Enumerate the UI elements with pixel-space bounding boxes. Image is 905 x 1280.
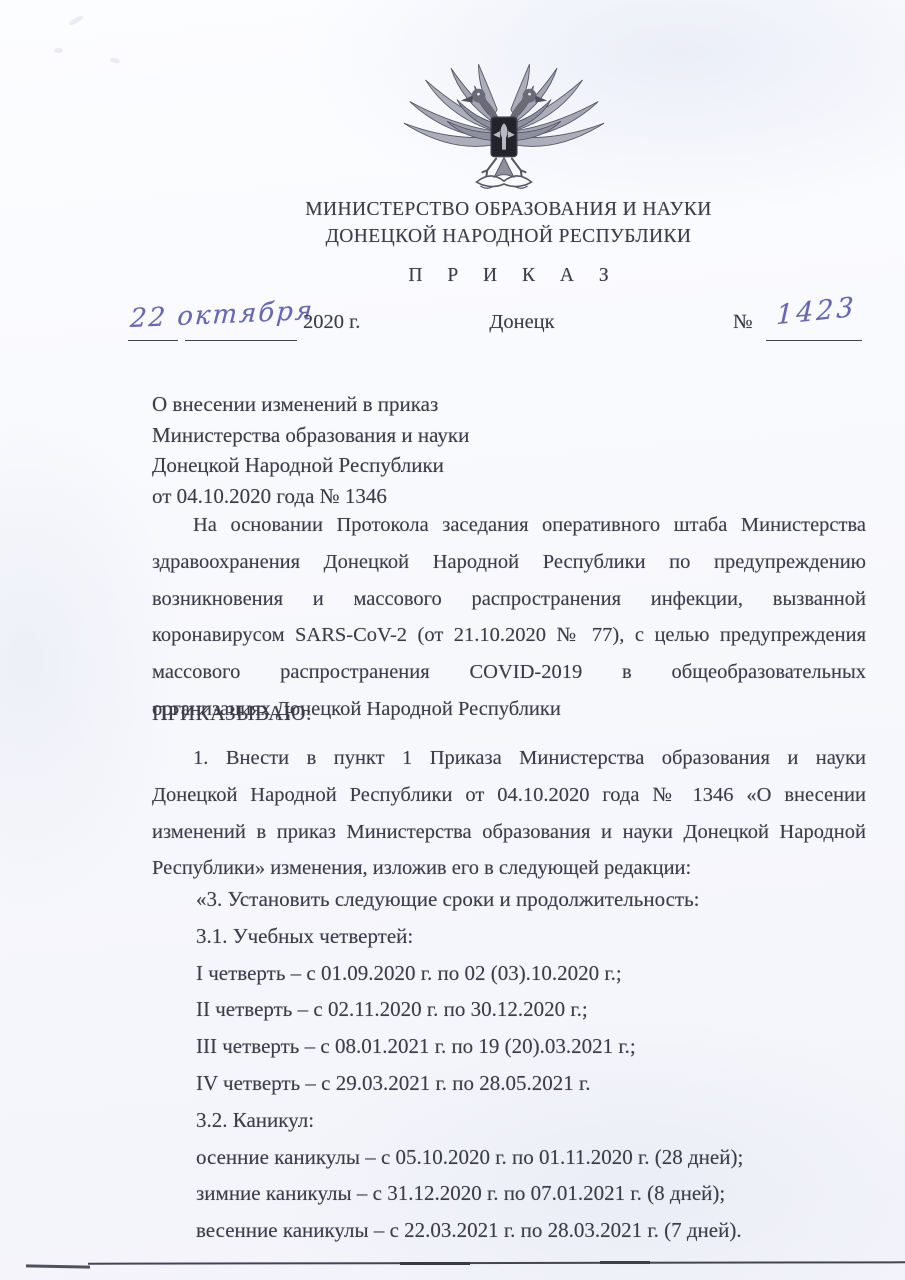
handwritten-date: 22 октября	[129, 296, 315, 334]
handwritten-number: 1423	[776, 292, 857, 332]
document-type-heading: П Р И К А З	[162, 265, 865, 287]
date-underline	[185, 340, 297, 341]
schedule-line: I четверть – с 01.09.2020 г. по 02 (03).…	[196, 955, 743, 992]
number-underline	[766, 340, 862, 341]
preamble-line: здравоохранения Донецкой Народной Респуб…	[152, 544, 866, 581]
scan-smudge	[54, 48, 63, 53]
schedule-line: II четверть – с 02.11.2020 г. по 30.12.2…	[196, 991, 743, 1028]
dnr-coat-of-arms-icon	[396, 62, 612, 200]
item1-line: 1. Внести в пункт 1 Приказа Министерства…	[152, 740, 866, 777]
preamble-line: На основании Протокола заседания операти…	[152, 507, 866, 544]
preamble-line: массового распространения COVID-2019 в о…	[152, 654, 866, 691]
preamble-line: возникновения и массового распространени…	[152, 581, 866, 618]
item1-line: изменений в приказ Министерства образова…	[152, 814, 866, 851]
page-edge-line	[26, 1264, 90, 1268]
scan-smudge	[68, 14, 84, 26]
schedule-line: весенние каникулы – с 22.03.2021 г. по 2…	[196, 1212, 743, 1249]
document-meta-row: 22 октября 2020 г. Донецк № 1423	[0, 300, 905, 356]
schedule-line: осенние каникулы – с 05.10.2020 г. по 01…	[196, 1139, 743, 1176]
subject-line: Министерства образования и науки	[152, 420, 469, 451]
number-sign: №	[733, 311, 753, 334]
page-edge-line	[600, 1261, 650, 1264]
order-item-1: 1. Внести в пункт 1 Приказа Министерства…	[152, 740, 866, 887]
schedule-line: 3.2. Каникул:	[196, 1102, 743, 1139]
schedule-list: «3. Установить следующие сроки и продолж…	[196, 881, 743, 1249]
schedule-line: IV четверть – с 29.03.2021 г. по 28.05.2…	[196, 1065, 743, 1102]
document-year: 2020 г.	[303, 311, 360, 334]
schedule-line: 3.1. Учебных четвертей:	[196, 918, 743, 955]
document-city: Донецк	[462, 311, 582, 334]
subject-line: О внесении изменений в приказ	[152, 389, 469, 420]
schedule-line: «3. Установить следующие сроки и продолж…	[196, 881, 743, 918]
scanned-order-page: МИНИСТЕРСТВО ОБРАЗОВАНИЯ И НАУКИ ДОНЕЦКО…	[0, 0, 905, 1280]
document-subject: О внесении изменений в приказ Министерст…	[152, 389, 469, 511]
preamble-line: коронавирусом SARS-CoV-2 (от 21.10.2020 …	[152, 617, 866, 654]
organization-name: МИНИСТЕРСТВО ОБРАЗОВАНИЯ И НАУКИ ДОНЕЦКО…	[152, 196, 865, 250]
date-underline	[128, 340, 178, 341]
ministry-name-line1: МИНИСТЕРСТВО ОБРАЗОВАНИЯ И НАУКИ	[152, 196, 865, 223]
preamble-paragraph: На основании Протокола заседания операти…	[152, 507, 866, 728]
scan-smudge	[110, 57, 121, 64]
item1-line: Донецкой Народной Республики от 04.10.20…	[152, 777, 866, 814]
page-edge-line	[88, 1261, 905, 1264]
subject-line: Донецкой Народной Республики	[152, 450, 469, 481]
schedule-line: зимние каникулы – с 31.12.2020 г. по 07.…	[196, 1175, 743, 1212]
decree-word: ПРИКАЗЫВАЮ:	[152, 701, 312, 726]
page-edge-line	[400, 1262, 470, 1265]
ministry-name-line2: ДОНЕЦКОЙ НАРОДНОЙ РЕСПУБЛИКИ	[152, 223, 865, 250]
schedule-line: III четверть – с 08.01.2021 г. по 19 (20…	[196, 1028, 743, 1065]
